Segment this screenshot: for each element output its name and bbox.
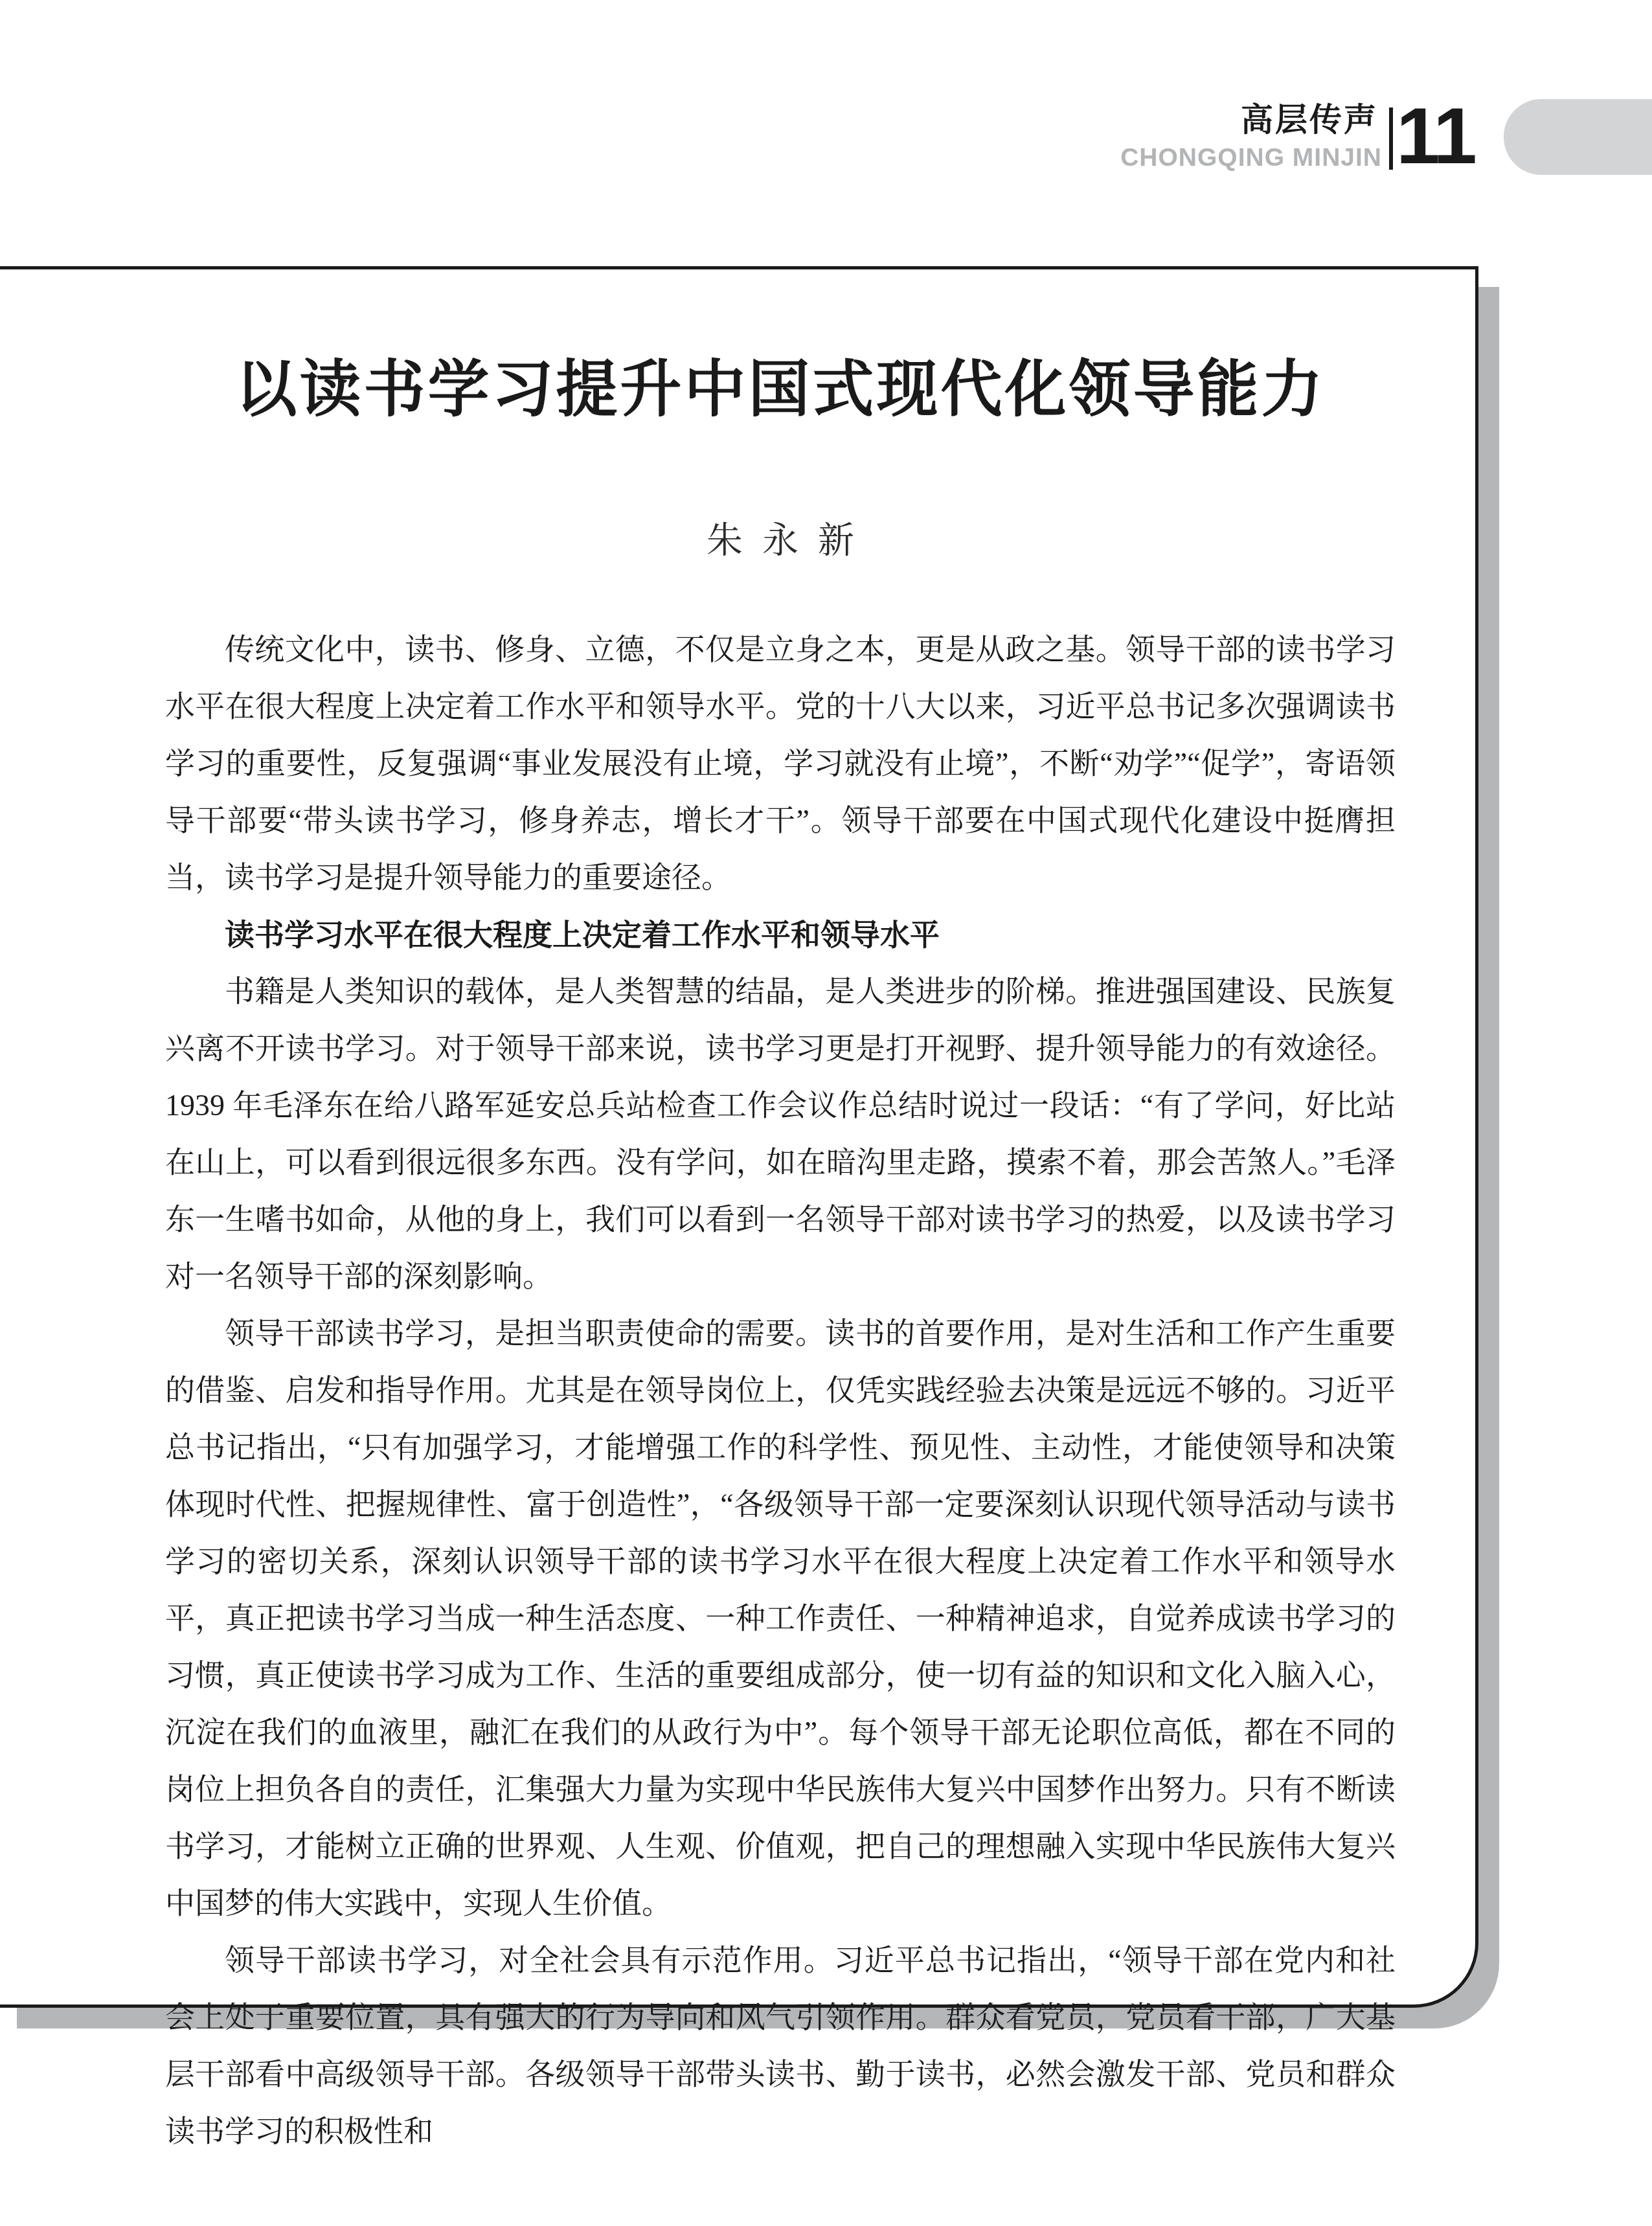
article-title: 以读书学习提升中国式现代化领导能力 [165,356,1396,424]
article-author: 朱永新 [165,523,1396,559]
header-divider-bar [1389,108,1393,170]
page-number: 11 [1396,101,1475,172]
article-frame: 以读书学习提升中国式现代化领导能力 朱永新 传统文化中，读书、修身、立德，不仅是… [0,266,1478,2008]
corner-pill-decoration [1504,99,1652,175]
magazine-page: 高层传声 CHONGQING MINJIN 11 以读书学习提升中国式现代化领导… [0,0,1652,2226]
journal-name: CHONGQING MINJIN [1120,145,1382,170]
paragraph-demonstration: 领导干部读书学习，对全社会具有示范作用。习近平总书记指出，“领导干部在党内和社会… [165,1932,1396,2160]
paragraph-intro: 传统文化中，读书、修身、立德，不仅是立身之本，更是从政之基。领导干部的读书学习水… [165,621,1396,906]
section-title: 高层传声 [1241,104,1378,136]
section-subheading: 读书学习水平在很大程度上决定着工作水平和领导水平 [165,906,1396,963]
article-body: 传统文化中，读书、修身、立德，不仅是立身之本，更是从政之基。领导干部的读书学习水… [165,621,1396,2160]
paragraph-duty: 领导干部读书学习，是担当职责使命的需要。读书的首要作用，是对生活和工作产生重要的… [165,1305,1396,1932]
paragraph-books-carrier: 书籍是人类知识的载体，是人类智慧的结晶，是人类进步的阶梯。推进强国建设、民族复兴… [165,963,1396,1305]
